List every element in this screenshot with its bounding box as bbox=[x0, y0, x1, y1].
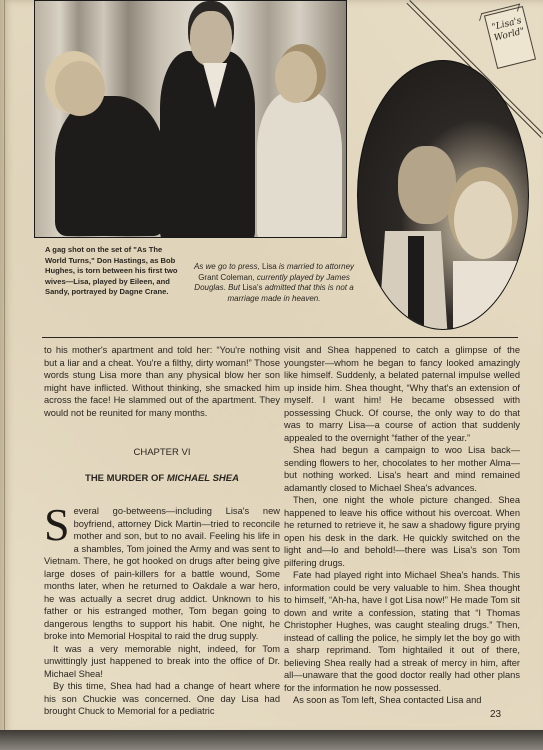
page-number: 23 bbox=[490, 709, 501, 720]
chapter-title-plain: THE MURDER OF bbox=[85, 473, 167, 484]
section-divider bbox=[42, 337, 518, 338]
article-column-right: visit and Shea happened to catch a glimp… bbox=[284, 344, 520, 707]
photo-figure-man-head bbox=[190, 11, 232, 66]
page-edge-shadow bbox=[0, 730, 543, 750]
article-paragraph: Fate had played right into Michael Shea'… bbox=[284, 569, 520, 694]
photo-oval-couple bbox=[357, 60, 529, 330]
caption-name-grant: Grant Coleman bbox=[198, 273, 252, 282]
article-paragraph: By this time, Shea had had a change of h… bbox=[44, 680, 280, 718]
intro-paragraph: to his mother's apartment and told her: … bbox=[44, 344, 280, 419]
article-paragraph: Several go-betweens—including Lisa's new… bbox=[44, 505, 280, 643]
caption-lead: As we go to press, bbox=[194, 262, 260, 271]
lisas-world-book-logo: "Lisa's World" bbox=[484, 6, 536, 69]
spine-line bbox=[4, 0, 5, 735]
photo-figure-woman-right bbox=[257, 91, 342, 238]
oval-man-tie bbox=[408, 236, 424, 330]
magazine-page: A gag shot on the set of "As The World T… bbox=[0, 0, 543, 735]
photo-figure-woman-left-head bbox=[55, 61, 105, 116]
article-column-left: to his mother's apartment and told her: … bbox=[44, 344, 280, 718]
photo-gag-shot bbox=[34, 0, 347, 238]
chapter-title: THE MURDER OF MICHAEL SHEA bbox=[44, 473, 280, 486]
caption-text: is married to attorney bbox=[277, 262, 354, 271]
article-paragraph: Then, one night the whole picture change… bbox=[284, 494, 520, 569]
drop-cap: S bbox=[44, 506, 70, 544]
photo-caption-main: A gag shot on the set of "As The World T… bbox=[45, 245, 180, 298]
caption-name-lisas: Lisa's bbox=[242, 283, 262, 292]
article-paragraph: Shea had begun a campaign to woo Lisa ba… bbox=[284, 444, 520, 494]
article-paragraph: As soon as Tom left, Shea contacted Lisa… bbox=[284, 694, 520, 707]
caption-name-lisa: Lisa bbox=[260, 262, 277, 271]
chapter-heading: CHAPTER VI bbox=[44, 447, 280, 460]
chapter-title-italic: MICHAEL SHEA bbox=[167, 473, 239, 484]
photo-caption-oval: As we go to press, Lisa is married to at… bbox=[188, 262, 360, 304]
paragraph-text: everal go-betweens—including Lisa's new … bbox=[44, 506, 280, 641]
oval-woman-face bbox=[454, 181, 512, 259]
oval-man-face bbox=[398, 146, 456, 224]
article-paragraph: It was a very memorable night, indeed, f… bbox=[44, 643, 280, 681]
oval-woman-body bbox=[453, 261, 523, 330]
photo-figure-woman-left bbox=[55, 96, 165, 236]
article-paragraph: visit and Shea happened to catch a glimp… bbox=[284, 344, 520, 444]
photo-figure-woman-right-head bbox=[275, 51, 317, 103]
